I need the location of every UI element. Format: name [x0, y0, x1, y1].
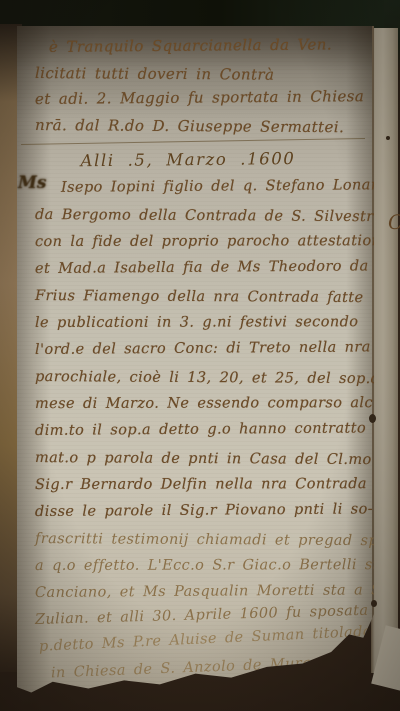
manuscript-line: dim.to il sop.a detto g.o hanno contratt… [35, 415, 365, 445]
previous-entry-fragment: è Tranquilo Squarcianella da Ven. licita… [35, 34, 365, 138]
shelf-edge-band [0, 0, 400, 30]
manuscript-line: con la fide del proprio parocho attestat… [35, 228, 365, 256]
wormhole [369, 414, 376, 423]
manuscript-line: et Mad.a Isabella fia de Ms Theodoro da [35, 253, 365, 283]
manuscript-line: è Tranquilo Squarcianella da Ven. [35, 31, 365, 60]
manuscript-line: mese di Marzo. Ne essendo comparso alc. … [35, 390, 365, 418]
page-stack-edge [371, 28, 398, 673]
manuscript-line: Isepo Iopini figlio del q. Stefano Lonar… [35, 172, 365, 202]
manuscript-line: parochiale, cioè li 13, 20, et 25, del s… [35, 364, 365, 393]
wormhole [386, 136, 390, 140]
wormhole [371, 600, 377, 607]
marriage-entry: Isepo Iopini figlio del q. Stefano Lonar… [35, 175, 365, 688]
manuscript-line: frascritti testimonij chiamadi et pregad… [35, 526, 365, 555]
manuscript-line: l'ord.e del sacro Conc: di Treto nella n… [35, 334, 365, 364]
manuscript-line: disse le parole il Sig.r Piovano pnti li… [35, 496, 365, 526]
manuscript-line: Sig.r Bernardo Delfin nella nra Contrada [35, 471, 365, 499]
manuscript-photo: Ms è Tranquilo Squarcianella da Ven. lic… [0, 0, 400, 711]
manuscript-line: mat.o p parola de pnti in Casa del Cl.mo [35, 445, 365, 474]
manuscript-line: da Bergomo della Contrada de S. Silvestr… [35, 202, 365, 231]
handwritten-text: è Tranquilo Squarcianella da Ven. licita… [35, 34, 365, 688]
manuscript-page: Ms è Tranquilo Squarcianella da Ven. lic… [17, 26, 374, 702]
manuscript-line: et adi. 2. Maggio fu sportata in Chiesa [35, 83, 365, 112]
facing-page-letter: C [388, 210, 400, 234]
manuscript-line: a q.o effetto. L'Ecc.o S.r Giac.o Bertel… [35, 552, 365, 580]
manuscript-line: le publicationi in 3. g.ni festivi secon… [35, 309, 365, 337]
manuscript-line: Frius Fiamengo della nra Contrada fatte [35, 283, 365, 312]
entry-date-heading: Alli .5, Marzo .1600 [35, 143, 365, 176]
